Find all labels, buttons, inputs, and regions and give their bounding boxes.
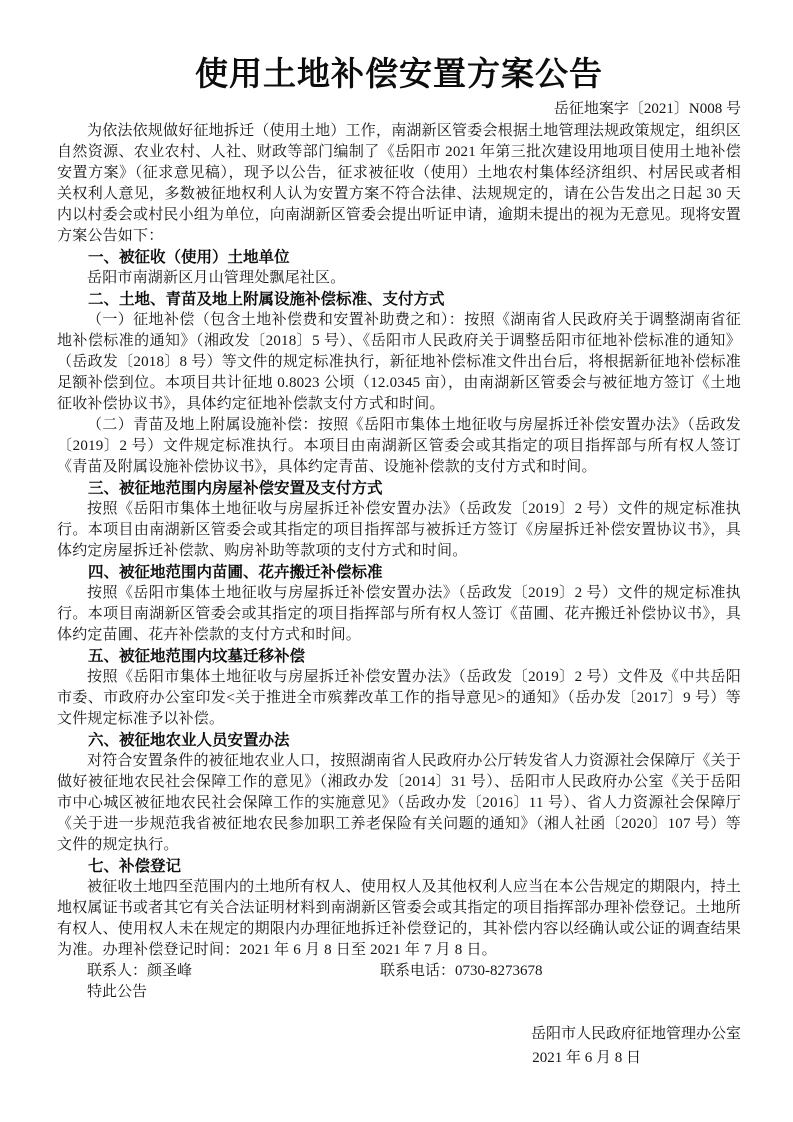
section-4-heading: 四、被征地范围内苗圃、花卉搬迁补偿标准 (57, 562, 741, 583)
contact-person: 联系人：颜圣峰 (57, 961, 380, 982)
section-3-heading: 三、被征地范围内房屋补偿安置及支付方式 (57, 478, 741, 499)
section-4: 四、被征地范围内苗圃、花卉搬迁补偿标准 按照《岳阳市集体土地征收与房屋拆迁补偿安… (57, 562, 741, 646)
section-5: 五、被征地范围内坟墓迁移补偿 按照《岳阳市集体土地征收与房屋拆迁补偿安置办法》（… (57, 646, 741, 730)
section-7-heading: 七、补偿登记 (57, 856, 741, 877)
signature-block: 岳阳市人民政府征地管理办公室 2021 年 6 月 8 日 (57, 1022, 741, 1070)
document-title: 使用土地补偿安置方案公告 (57, 54, 741, 94)
section-4-paragraph: 按照《岳阳市集体土地征收与房屋拆迁补偿安置办法》（岳政发〔2019〕2 号）文件… (57, 583, 741, 646)
closing-statement: 特此公告 (57, 982, 741, 1003)
announcement-document: 使用土地补偿安置方案公告 岳征地案字〔2021〕N008 号 为依法依规做好征地… (0, 0, 793, 1122)
section-7: 七、补偿登记 被征收土地四至范围内的土地所有权人、使用权人及其他权利人应当在本公… (57, 856, 741, 961)
section-6: 六、被征地农业人员安置办法 对符合安置条件的被征地农业人口，按照湖南省人民政府办… (57, 730, 741, 856)
document-number: 岳征地案字〔2021〕N008 号 (57, 99, 741, 120)
section-7-paragraph: 被征收土地四至范围内的土地所有权人、使用权人及其他权利人应当在本公告规定的期限内… (57, 877, 741, 961)
section-1-paragraph: 岳阳市南湖新区月山管理处飘尾社区。 (57, 268, 741, 289)
section-2-paragraph-2: （二）青苗及地上附属设施补偿：按照《岳阳市集体土地征收与房屋拆迁补偿安置办法》（… (57, 415, 741, 478)
section-1-heading: 一、被征收（使用）土地单位 (57, 247, 741, 268)
section-3-paragraph: 按照《岳阳市集体土地征收与房屋拆迁补偿安置办法》（岳政发〔2019〕2 号）文件… (57, 499, 741, 562)
issue-date: 2021 年 6 月 8 日 (57, 1046, 741, 1070)
section-6-paragraph: 对符合安置条件的被征地农业人口，按照湖南省人民政府办公厅转发省人力资源社会保障厅… (57, 751, 741, 856)
section-5-paragraph: 按照《岳阳市集体土地征收与房屋拆迁补偿安置办法》（岳政发〔2019〕2 号）文件… (57, 667, 741, 730)
section-2-paragraph-1: （一）征地补偿（包含土地补偿费和安置补助费之和）：按照《湖南省人民政府关于调整湖… (57, 310, 741, 415)
contact-phone: 联系电话：0730-8273678 (380, 961, 741, 982)
contact-row: 联系人：颜圣峰 联系电话：0730-8273678 (57, 961, 741, 982)
intro-paragraph: 为依法依规做好征地拆迁（使用土地）工作，南湖新区管委会根据土地管理法规政策规定，… (57, 121, 741, 247)
issuing-authority: 岳阳市人民政府征地管理办公室 (57, 1022, 741, 1046)
section-1: 一、被征收（使用）土地单位 岳阳市南湖新区月山管理处飘尾社区。 (57, 247, 741, 289)
section-6-heading: 六、被征地农业人员安置办法 (57, 730, 741, 751)
section-2-heading: 二、土地、青苗及地上附属设施补偿标准、支付方式 (57, 289, 741, 310)
document-body: 为依法依规做好征地拆迁（使用土地）工作，南湖新区管委会根据土地管理法规政策规定，… (57, 121, 741, 1003)
section-5-heading: 五、被征地范围内坟墓迁移补偿 (57, 646, 741, 667)
section-3: 三、被征地范围内房屋补偿安置及支付方式 按照《岳阳市集体土地征收与房屋拆迁补偿安… (57, 478, 741, 562)
section-2: 二、土地、青苗及地上附属设施补偿标准、支付方式 （一）征地补偿（包含土地补偿费和… (57, 289, 741, 478)
